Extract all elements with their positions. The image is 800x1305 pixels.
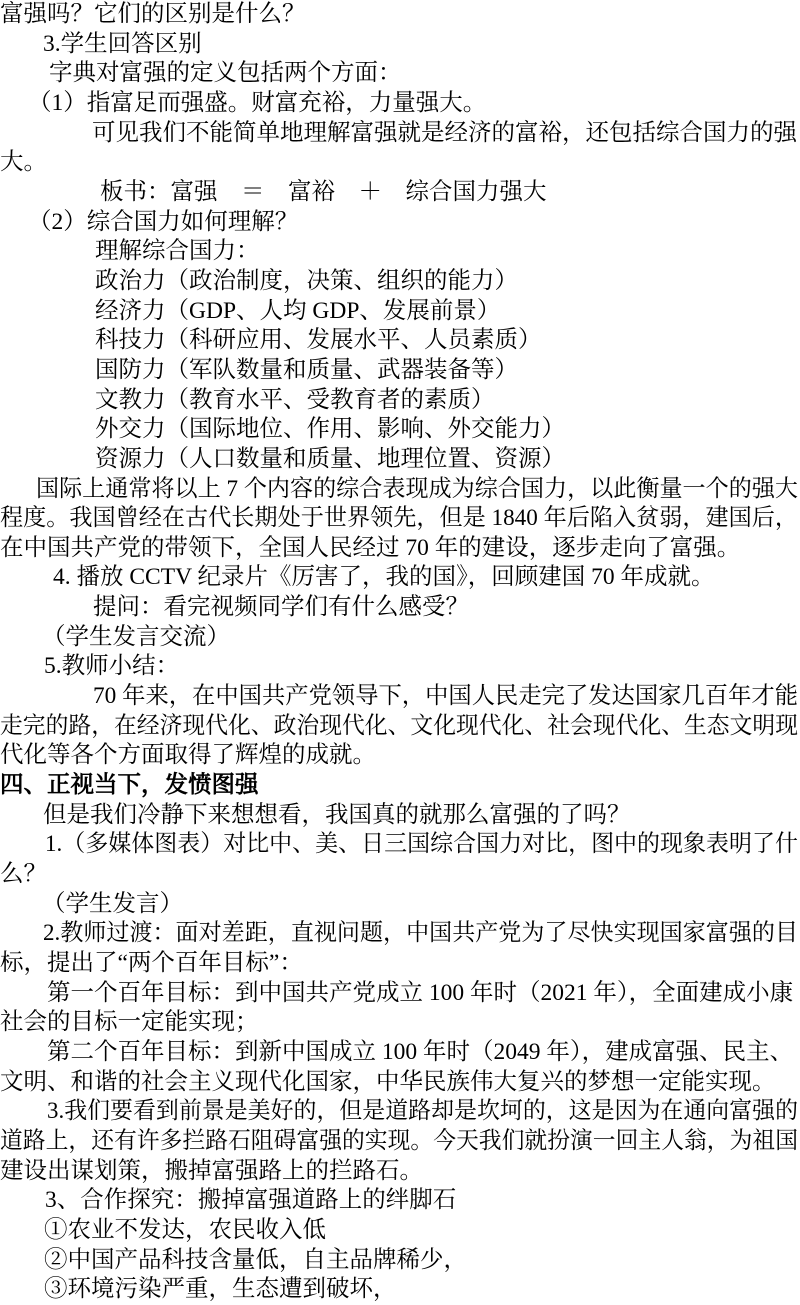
- text-line-content: （学生发言交流）: [42, 623, 230, 653]
- text-line: 标，提出了“两个百年目标”：: [0, 949, 800, 979]
- text-line-content: 经济力（GDP、人均 GDP、发展前景）: [95, 297, 500, 327]
- text-line-content: 大。: [0, 148, 47, 178]
- text-line: 第一个百年目标：到中国共产党成立 100 年时（2021 年），全面建成小康: [0, 979, 800, 1009]
- text-line-content: 四、正视当下，发愤图强: [0, 771, 259, 801]
- text-line-content: 板书：富强 ＝ 富裕 ＋ 综合国力强大: [100, 178, 547, 208]
- text-line-content: 文明、和谐的社会主义现代化国家，中华民族伟大复兴的梦想一定能实现。: [0, 1068, 776, 1098]
- text-line-content: 70 年来，在中国共产党领导下，中国人民走完了发达国家几百年才能: [93, 682, 798, 712]
- text-line-content: 1.（多媒体图表）对比中、美、日三国综合国力对比，图中的现象表明了什: [45, 830, 798, 860]
- text-line: （学生发言交流）: [0, 623, 800, 653]
- text-line-content: 3、合作探究：搬掉富强道路上的绊脚石: [45, 1186, 456, 1216]
- text-line-content: 4. 播放 CCTV 纪录片《厉害了，我的国》，回顾建国 70 年成就。: [53, 563, 715, 593]
- text-line: 板书：富强 ＝ 富裕 ＋ 综合国力强大: [0, 178, 800, 208]
- text-line-content: 在中国共产党的带领下，全国人民经过 70 年的建设，逐步走向了富强。: [0, 534, 740, 564]
- text-line: 建设出谋划策，搬掉富强路上的拦路石。: [0, 1157, 800, 1187]
- section-heading: 四、正视当下，发愤图强: [0, 771, 800, 801]
- text-line-content: 5.教师小结：: [44, 652, 179, 682]
- document-page: 富强吗？它们的区别是什么？3.学生回答区别字典对富强的定义包括两个方面：（1）指…: [0, 0, 800, 1305]
- text-line: 走完的路，在经济现代化、政治现代化、文化现代化、社会现代化、生态文明现: [0, 712, 800, 742]
- text-line-content: 道路上，还有许多拦路石阻碍富强的实现。今天我们就扮演一回主人翁，为祖国: [0, 1127, 798, 1157]
- text-line: 文明、和谐的社会主义现代化国家，中华民族伟大复兴的梦想一定能实现。: [0, 1068, 800, 1098]
- text-line-content: 走完的路，在经济现代化、政治现代化、文化现代化、社会现代化、生态文明现: [0, 712, 798, 742]
- text-line: 道路上，还有许多拦路石阻碍富强的实现。今天我们就扮演一回主人翁，为祖国: [0, 1127, 800, 1157]
- text-line-content: 社会的目标一定能实现；: [0, 1008, 259, 1038]
- text-line: 字典对富强的定义包括两个方面：: [0, 59, 800, 89]
- text-line: 国防力（军队数量和质量、武器装备等）: [0, 356, 800, 386]
- text-line-content: 么？: [0, 860, 47, 890]
- text-line-content: 外交力（国际地位、作用、影响、外交能力）: [95, 415, 565, 445]
- text-line-content: 标，提出了“两个百年目标”：: [0, 949, 303, 979]
- text-line-content: 第一个百年目标：到中国共产党成立 100 年时（2021 年），全面建成小康: [47, 979, 793, 1009]
- text-line-content: （1）指富足而强盛。财富充裕，力量强大。: [28, 89, 486, 119]
- text-line-content: （2）综合国力如何理解？: [28, 208, 298, 238]
- text-line-content: 但是我们冷静下来想想看，我国真的就那么富强的了吗？: [43, 801, 631, 831]
- text-line-content: 国际上通常将以上 7 个内容的综合表现成为综合国力，以此衡量一个的强大: [36, 475, 798, 505]
- document-body: 富强吗？它们的区别是什么？3.学生回答区别字典对富强的定义包括两个方面：（1）指…: [0, 0, 800, 1305]
- text-line: 3.我们要看到前景是美好的，但是道路却是坎坷的，这是因为在通向富强的: [0, 1097, 800, 1127]
- text-line: 可见我们不能简单地理解富强就是经济的富裕，还包括综合国力的强: [0, 119, 800, 149]
- text-line: 富强吗？它们的区别是什么？: [0, 0, 800, 30]
- text-line: 国际上通常将以上 7 个内容的综合表现成为综合国力，以此衡量一个的强大: [0, 475, 800, 505]
- text-line: 政治力（政治制度，决策、组织的能力）: [0, 267, 800, 297]
- text-line: 理解综合国力：: [0, 237, 800, 267]
- text-line: 第二个百年目标：到新中国成立 100 年时（2049 年），建成富强、民主、: [0, 1038, 800, 1068]
- text-line: 5.教师小结：: [0, 652, 800, 682]
- text-line: 大。: [0, 148, 800, 178]
- text-line: 外交力（国际地位、作用、影响、外交能力）: [0, 415, 800, 445]
- text-line-content: 国防力（军队数量和质量、武器装备等）: [95, 356, 518, 386]
- text-line: 在中国共产党的带领下，全国人民经过 70 年的建设，逐步走向了富强。: [0, 534, 800, 564]
- text-line-content: 政治力（政治制度，决策、组织的能力）: [95, 267, 518, 297]
- text-line: 科技力（科研应用、发展水平、人员素质）: [0, 326, 800, 356]
- text-line: 1.（多媒体图表）对比中、美、日三国综合国力对比，图中的现象表明了什: [0, 830, 800, 860]
- text-line-content: （学生发言）: [42, 890, 183, 920]
- text-line: ②中国产品科技含量低，自主品牌稀少，: [0, 1246, 800, 1276]
- text-line-content: 理解综合国力：: [95, 237, 260, 267]
- text-line-content: 2.教师过渡：面对差距，直视问题，中国共产党为了尽快实现国家富强的目: [43, 919, 798, 949]
- text-line: ①农业不发达，农民收入低: [0, 1216, 800, 1246]
- text-line-content: 3.学生回答区别: [43, 30, 202, 60]
- text-line: 么？: [0, 860, 800, 890]
- text-line-content: 字典对富强的定义包括两个方面：: [49, 59, 402, 89]
- text-line-content: 科技力（科研应用、发展水平、人员素质）: [95, 326, 542, 356]
- text-line: 社会的目标一定能实现；: [0, 1008, 800, 1038]
- text-line-content: 富强吗？它们的区别是什么？: [0, 0, 306, 30]
- text-line: （2）综合国力如何理解？: [0, 208, 800, 238]
- text-line-content: 可见我们不能简单地理解富强就是经济的富裕，还包括综合国力的强: [92, 119, 797, 149]
- text-line-content: 建设出谋划策，搬掉富强路上的拦路石。: [0, 1157, 423, 1187]
- text-line-content: ①农业不发达，农民收入低: [44, 1216, 326, 1246]
- text-line-content: 程度。我国曾经在古代长期处于世界领先，但是 1840 年后陷入贫弱，建国后，: [0, 504, 798, 534]
- text-line: 但是我们冷静下来想想看，我国真的就那么富强的了吗？: [0, 801, 800, 831]
- text-line: 70 年来，在中国共产党领导下，中国人民走完了发达国家几百年才能: [0, 682, 800, 712]
- text-line: 文教力（教育水平、受教育者的素质）: [0, 386, 800, 416]
- text-line: 程度。我国曾经在古代长期处于世界领先，但是 1840 年后陷入贫弱，建国后，: [0, 504, 800, 534]
- text-line: 资源力（人口数量和质量、地理位置、资源）: [0, 445, 800, 475]
- text-line: （学生发言）: [0, 890, 800, 920]
- text-line: （1）指富足而强盛。财富充裕，力量强大。: [0, 89, 800, 119]
- text-line: 3.学生回答区别: [0, 30, 800, 60]
- text-line: ③环境污染严重，生态遭到破坏，: [0, 1275, 800, 1305]
- text-line-content: 代化等各个方面取得了辉煌的成就。: [0, 741, 376, 771]
- text-line-content: ②中国产品科技含量低，自主品牌稀少，: [44, 1246, 467, 1276]
- text-line-content: 提问：看完视频同学们有什么感受？: [93, 593, 469, 623]
- text-line: 3、合作探究：搬掉富强道路上的绊脚石: [0, 1186, 800, 1216]
- text-line: 提问：看完视频同学们有什么感受？: [0, 593, 800, 623]
- text-line: 2.教师过渡：面对差距，直视问题，中国共产党为了尽快实现国家富强的目: [0, 919, 800, 949]
- text-line: 代化等各个方面取得了辉煌的成就。: [0, 741, 800, 771]
- text-line-content: 第二个百年目标：到新中国成立 100 年时（2049 年），建成富强、民主、: [47, 1038, 793, 1068]
- text-line-content: ③环境污染严重，生态遭到破坏，: [44, 1275, 397, 1305]
- text-line-content: 3.我们要看到前景是美好的，但是道路却是坎坷的，这是因为在通向富强的: [47, 1097, 798, 1127]
- text-line-content: 文教力（教育水平、受教育者的素质）: [95, 386, 495, 416]
- text-line: 经济力（GDP、人均 GDP、发展前景）: [0, 297, 800, 327]
- text-line-content: 资源力（人口数量和质量、地理位置、资源）: [95, 445, 565, 475]
- text-line: 4. 播放 CCTV 纪录片《厉害了，我的国》，回顾建国 70 年成就。: [0, 563, 800, 593]
